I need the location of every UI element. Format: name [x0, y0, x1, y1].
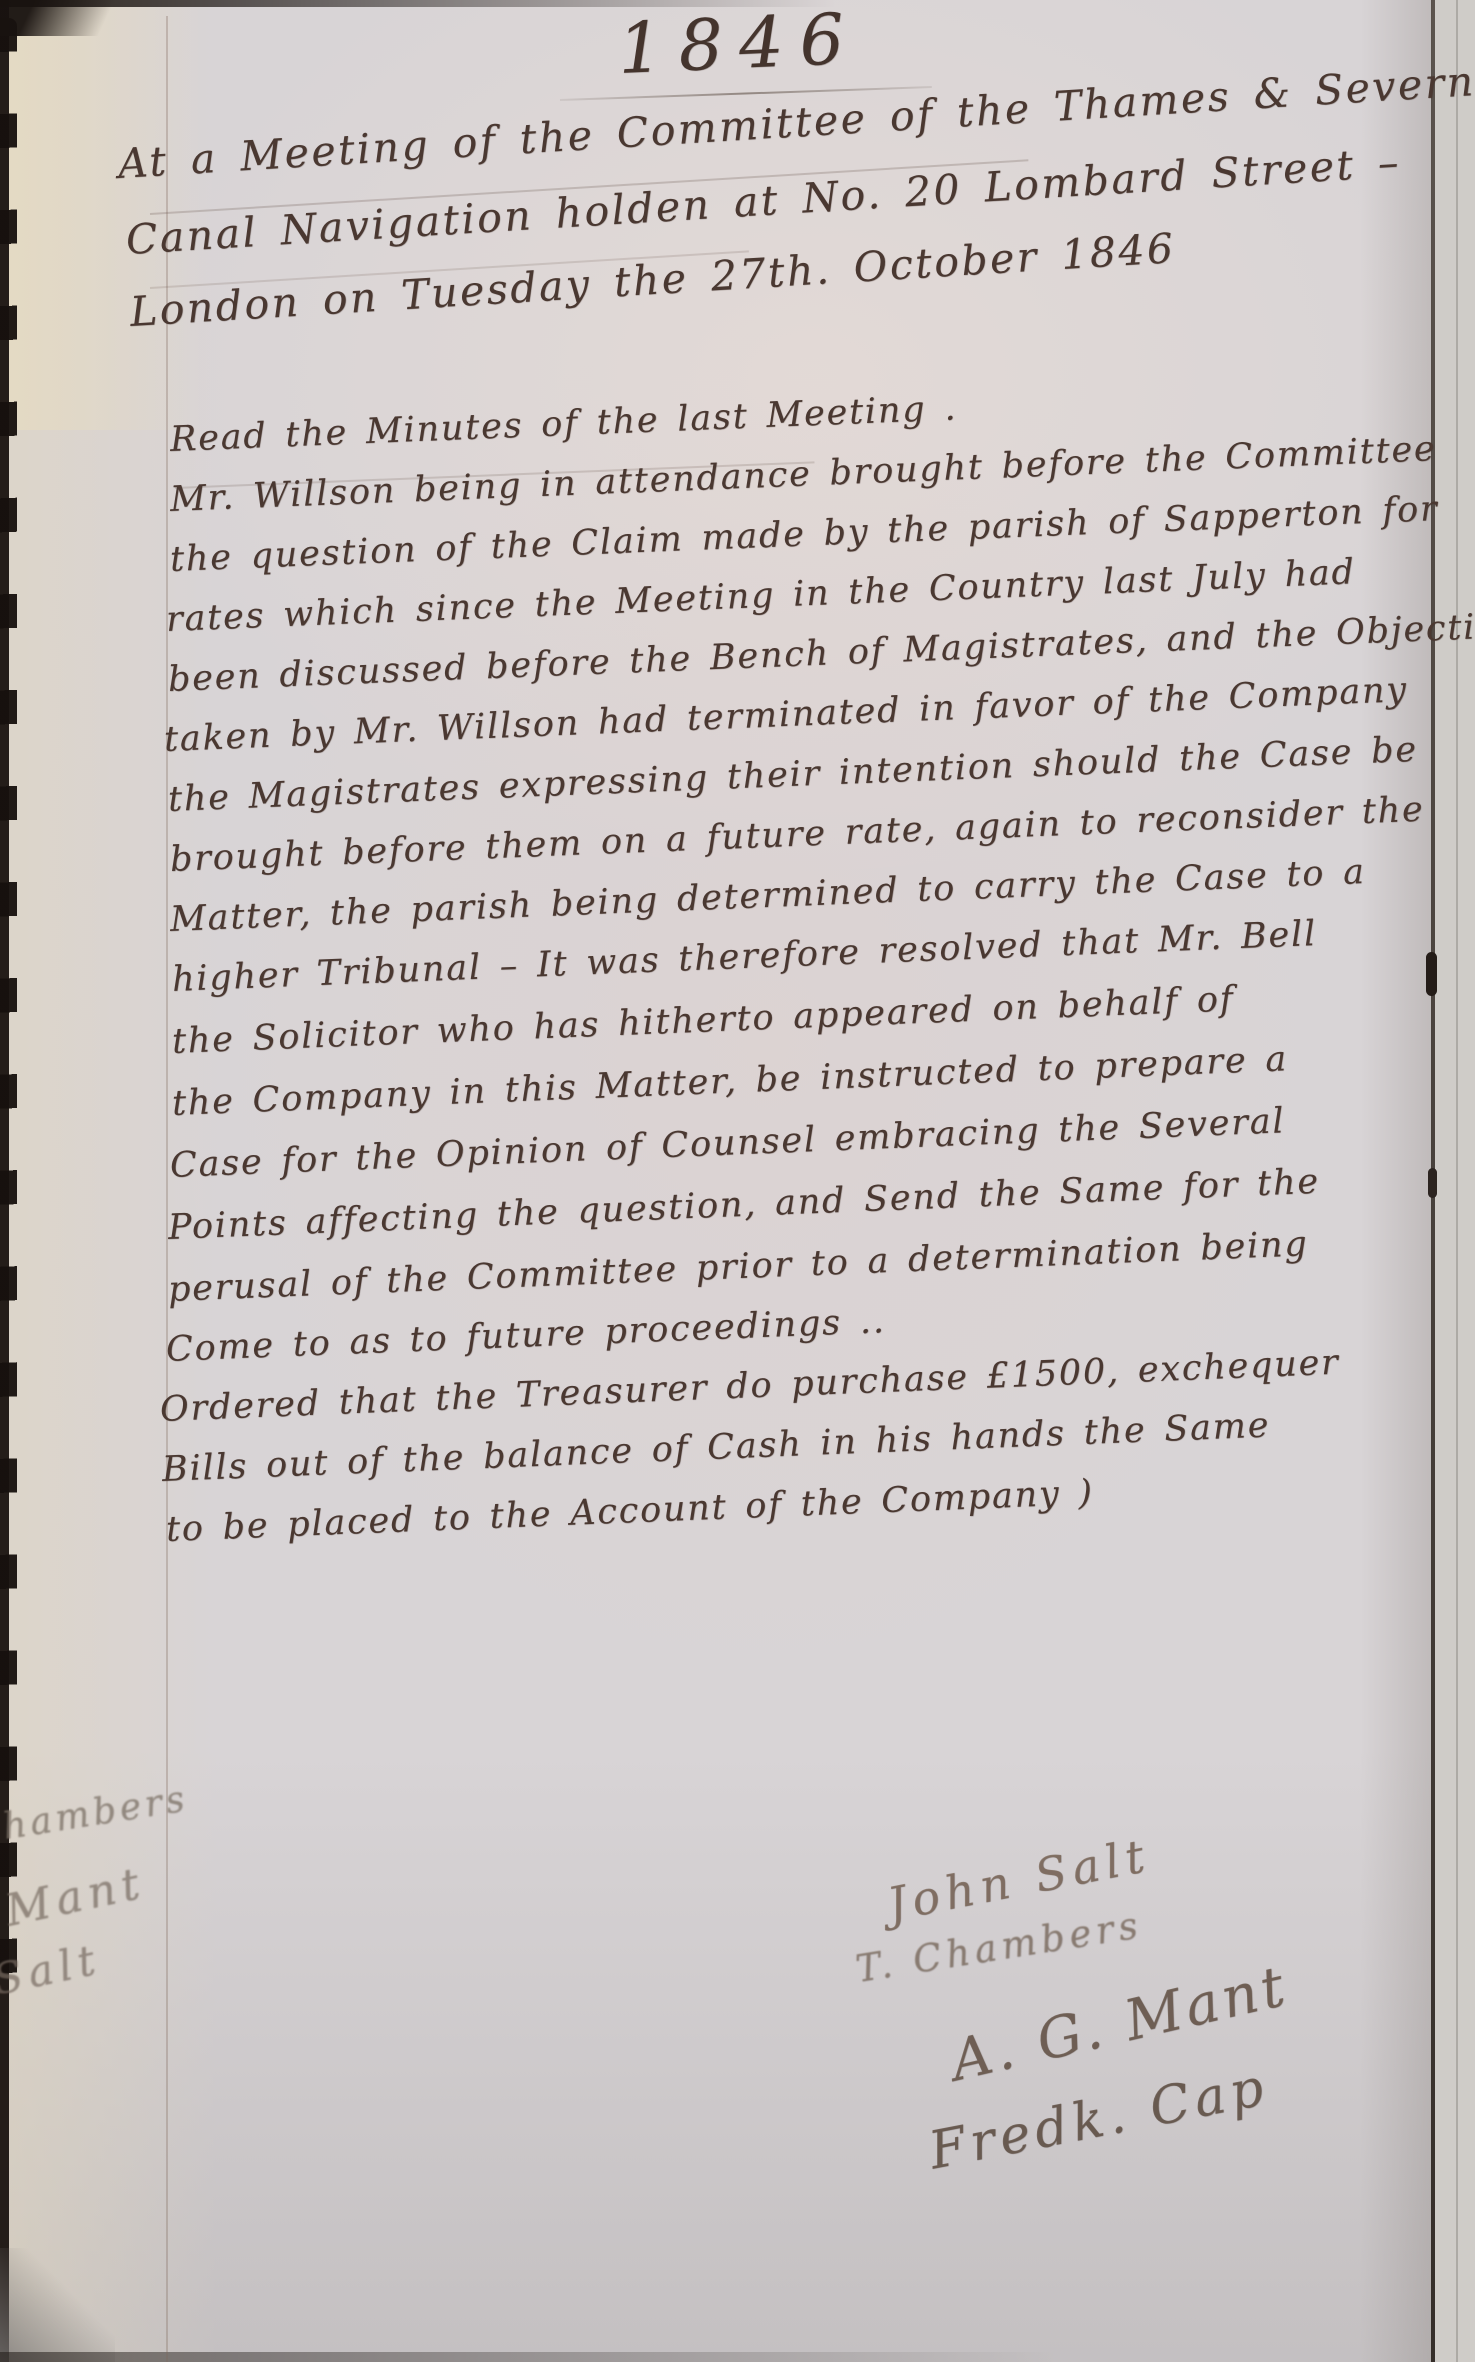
next-page-edge-line — [1456, 0, 1458, 2362]
ghost-marginalia: Salt — [0, 1934, 105, 2004]
page-right-edge-line — [1431, 0, 1435, 2362]
bottom-left-corner-shadow — [0, 2248, 115, 2362]
ghost-marginalia: Chambers — [0, 1778, 191, 1853]
ghost-marginalia: Mant — [1, 1857, 150, 1936]
next-page-fore-edge — [1435, 0, 1475, 2362]
binding-edge-strip — [0, 0, 9, 2362]
body-line: Read the Minutes of the last Meeting . — [169, 388, 958, 460]
right-edge-ink-blob-1 — [1426, 952, 1437, 996]
manuscript-page: 1846 At a Meeting of the Committee of th… — [0, 0, 1475, 2362]
year-heading: 1846 — [616, 0, 862, 90]
page-right-curve-shadow — [1360, 0, 1432, 2362]
binding-page-blobs — [0, 18, 17, 1993]
margin-rule-line — [166, 16, 168, 2362]
right-edge-ink-blob-2 — [1428, 1168, 1437, 1198]
body-line: Come to as to future proceedings .. — [165, 1301, 886, 1370]
top-left-corner-shadow — [0, 0, 175, 36]
bottom-edge-shadow — [0, 2352, 1150, 2362]
body-line: to be placed to the Account of the Compa… — [165, 1473, 1094, 1550]
